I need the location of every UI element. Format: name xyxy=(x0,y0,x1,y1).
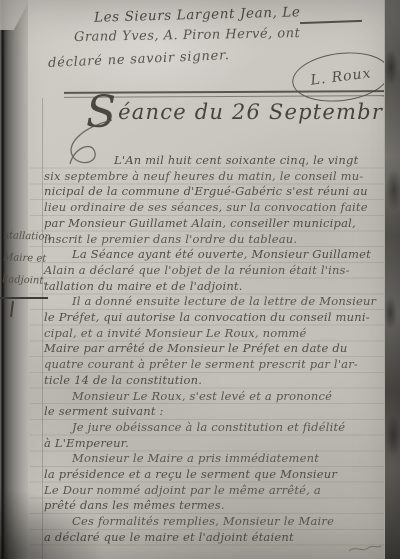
heading-text: éance du 26 Septembre 1865. xyxy=(118,100,400,124)
body-line: à L'Empereur. xyxy=(44,436,384,452)
heading-initial: S xyxy=(86,87,116,138)
body-line: la présidence et a reçu le serment que M… xyxy=(44,467,384,483)
body-line: Maire par arrêté de Monsieur le Préfet e… xyxy=(44,341,384,357)
body-line: quatre courant à prêter le serment presc… xyxy=(44,357,384,373)
body-line: lieu ordinaire de ses séances, sur la co… xyxy=(44,200,384,216)
body-line: le Préfet, qui autorise la convocation d… xyxy=(44,310,384,326)
body-line: le serment suivant : xyxy=(44,404,384,420)
body-line: La Séance ayant été ouverte, Monsieur Gu… xyxy=(44,247,384,263)
body-text: L'An mil huit cent soixante cinq, le vin… xyxy=(44,153,384,546)
body-line: par Monsieur Guillamet Alain, conseiller… xyxy=(44,216,384,232)
register-page-photo: Les Sieurs Largent Jean, Le Grand Yves, … xyxy=(0,0,400,559)
body-line: Alain a déclaré que l'objet de la réunio… xyxy=(44,263,384,279)
page-stack-edge xyxy=(384,0,400,559)
signature-text: L. Roux xyxy=(310,65,373,88)
body-line: six septembre à neuf heures du matin, le… xyxy=(44,169,384,185)
body-line: Monsieur Le Roux, s'est levé et a pronon… xyxy=(44,389,384,405)
body-line: inscrit le premier dans l'ordre du table… xyxy=(44,232,384,248)
body-line: cipal, et a invité Monsieur Le Roux, nom… xyxy=(44,326,384,342)
body-line: Monsieur le Maire a pris immédiatement xyxy=(44,451,384,467)
body-line: prêté dans les mêmes termes. xyxy=(44,498,384,514)
body-line: Je jure obéissance à la constitution et … xyxy=(44,420,384,436)
body-line: tallation du maire et de l'adjoint. xyxy=(44,279,384,295)
body-line: nicipal de la commune d'Ergué-Gabéric s'… xyxy=(44,184,384,200)
margin-annotation-line: l'adjoint. xyxy=(2,269,50,293)
body-line: ticle 14 de la constitution. xyxy=(44,373,384,389)
body-line: a déclaré que le maire et l'adjoint étai… xyxy=(44,530,384,546)
body-line: L'An mil huit cent soixante cinq, le vin… xyxy=(44,153,384,169)
margin-rule-line xyxy=(42,98,43,559)
body-line: Il a donné ensuite lecture de la lettre … xyxy=(44,294,384,310)
session-heading: Séance du 26 Septembre 1865. xyxy=(86,100,400,124)
margin-note-underline xyxy=(0,297,48,299)
body-line: Le Dour nommé adjoint par le même arrêté… xyxy=(44,483,384,499)
bottom-catchword-flourish xyxy=(348,541,382,555)
body-line: Ces formalités remplies, Monsieur le Mai… xyxy=(44,514,384,530)
